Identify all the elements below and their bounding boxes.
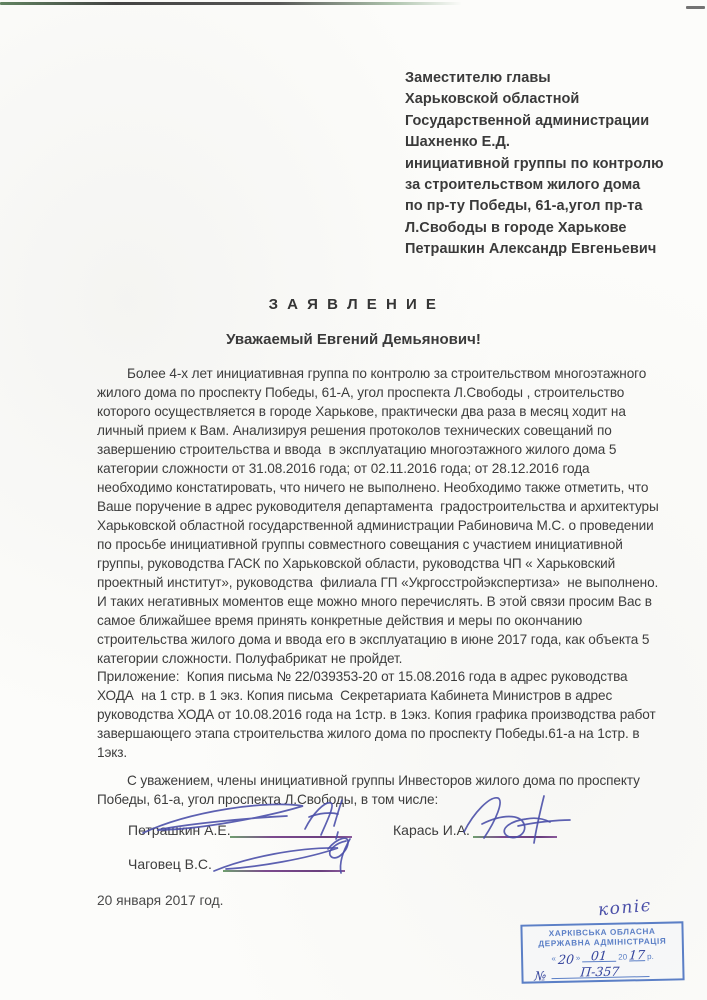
- stamp-number-field: П-357: [551, 965, 649, 979]
- stamp-number-handwritten: П-357: [580, 967, 620, 977]
- body-paragraph: Более 4-х лет инициативная группа по кон…: [97, 364, 659, 668]
- scanned-letter-page: Заместителю главы Харьковской областной …: [0, 0, 707, 1000]
- registration-stamp: ХАРКІВСЬКА ОБЛАСНА ДЕРЖАВНА АДМІНІСТРАЦІ…: [520, 921, 684, 983]
- stamp-month-handwritten: 01: [591, 951, 608, 960]
- stamp-year-suffix: р.: [647, 952, 654, 961]
- date-line: 20 января 2017 год.: [97, 893, 223, 908]
- stamp-year-prefix: 20: [618, 952, 627, 961]
- scan-artifact-top-line: [0, 2, 462, 5]
- attachments-paragraph: Приложение: Копия письма № 22/039353-20 …: [97, 667, 656, 762]
- document-title: З А Я В Л Е Н И Е: [0, 296, 707, 313]
- stamp-month-field: 01: [582, 950, 616, 963]
- salutation-line: Уважаемый Евгений Демьянович!: [0, 331, 707, 348]
- scan-artifact-top-dash: [686, 6, 705, 9]
- handwritten-signature-karas: [458, 788, 578, 848]
- stamp-number-row: № П-357: [528, 964, 677, 979]
- stamp-quote-open: «: [551, 954, 556, 963]
- stamp-day-handwritten: 20: [558, 955, 575, 964]
- signatory-name-chagovets: Чаговец В.С.: [128, 856, 212, 872]
- stamp-year-handwritten: 17: [629, 950, 646, 959]
- handwritten-copy-note: копіє: [597, 896, 652, 921]
- stamp-year-field: 17: [629, 949, 645, 961]
- stamp-quote-close: »: [576, 953, 581, 962]
- recipient-address-block: Заместителю главы Харьковской областной …: [405, 68, 664, 261]
- stamp-number-sign-handwritten: №: [534, 971, 547, 980]
- stamp-date-row: « 20 » 01 20 17 р.: [528, 948, 677, 963]
- handwritten-signature-chagovets: [208, 833, 368, 879]
